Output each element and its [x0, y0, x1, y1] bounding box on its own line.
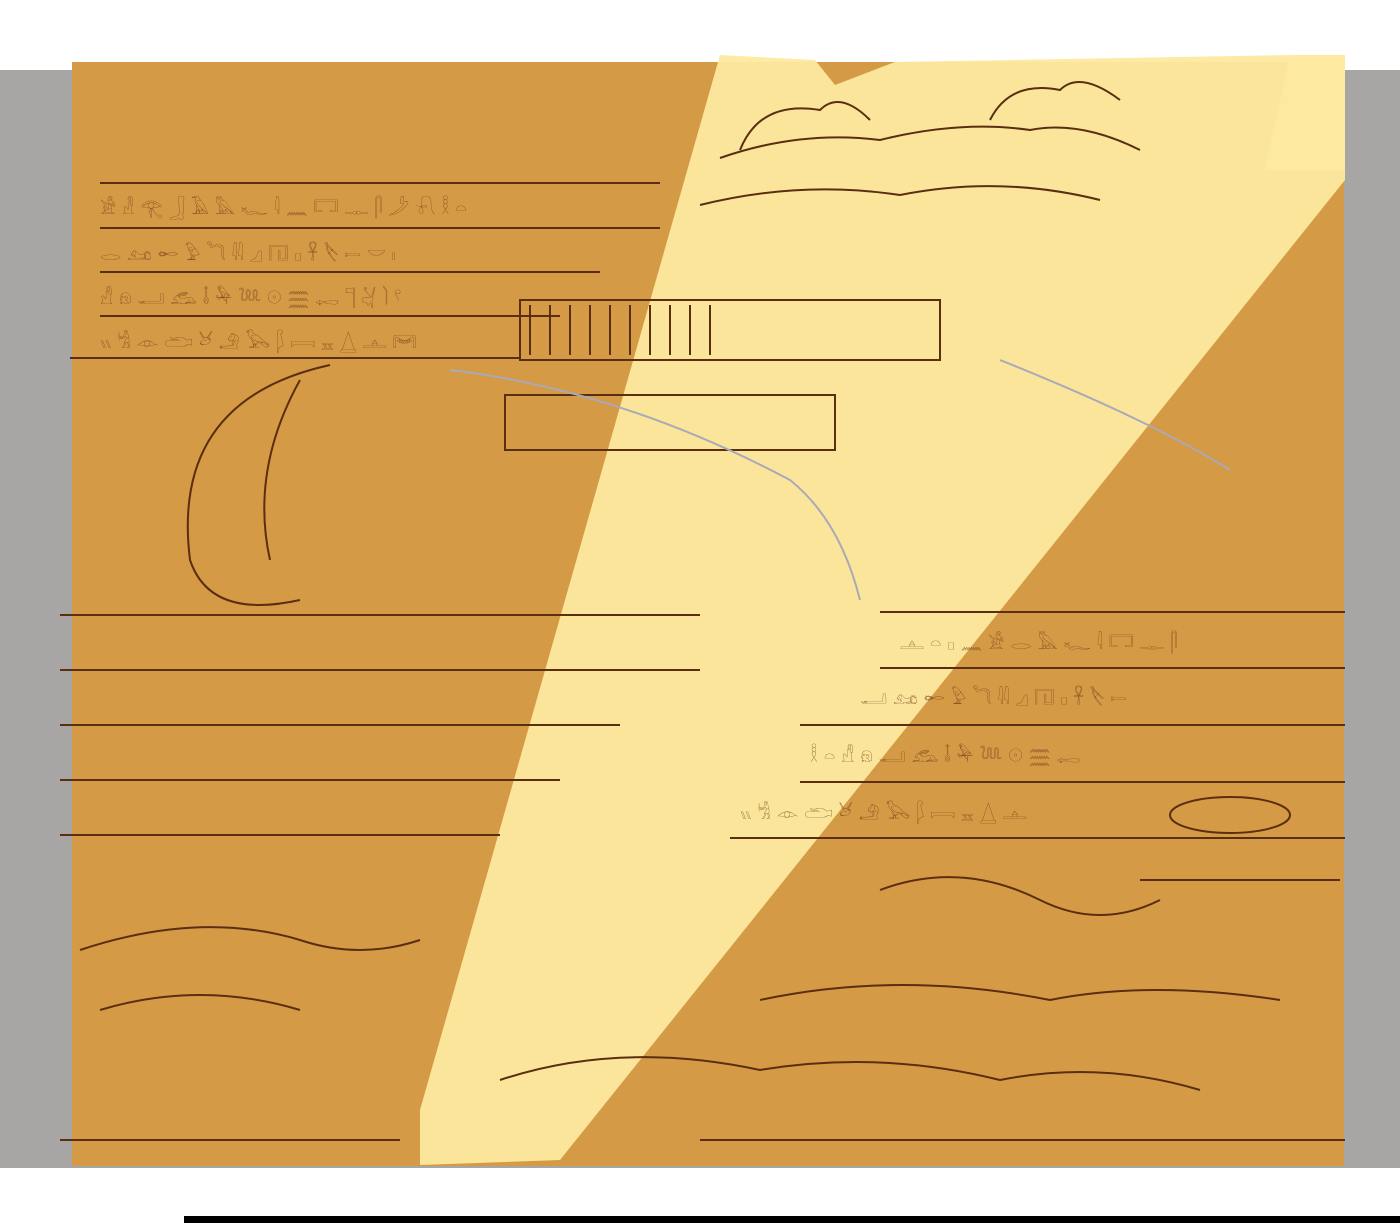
- hieroglyph-row-right-3: 𓎛𓏏𓀭𓁶𓂝𓃹𓄤𓅆𓆙𓇳𓈗𓉻: [810, 738, 1086, 768]
- hieroglyph-row-right-1: 𓊵𓏏𓊪𓈖𓀀𓂋𓅓𓆑𓇋𓉐𓊃𓋴: [900, 625, 1184, 655]
- hieroglyph-row-3: 𓀭𓁶𓂝𓃹𓄤𓅆𓆙𓇳𓈗𓉻𓊹𓋔𓌙𓍢: [100, 280, 407, 310]
- hieroglyph-row-right-4: 𓏭𓀜𓁹𓂧𓃾𓄂𓅂𓆄𓇯𓈇𓉴𓊵: [740, 795, 1033, 825]
- hieroglyph-row-1: 𓀀𓁐𓂀𓃀𓄿𓅓𓆑𓇋𓈖𓉐𓊃𓋴𓌳𓍯𓎛𓏏: [100, 190, 473, 220]
- text-columns-left: [60, 615, 700, 835]
- hieroglyph-row-4: 𓏭𓀜𓁹𓂧𓃾𓄂𓅂𓆄𓇯𓈇𓉴𓊵𓋞: [100, 324, 422, 354]
- bottom-black-bar: [184, 1216, 1400, 1223]
- hieroglyph-row-2: 𓂋𓃭𓄡𓅱𓆓𓇌𓈎𓉔𓊪𓋹𓌸𓍿𓎟𓏤: [100, 236, 402, 266]
- hieroglyph-row-right-2: 𓂝𓃭𓄡𓅱𓆓𓇌𓈎𓉔𓊪𓋹𓌸𓍿: [860, 680, 1133, 710]
- relief-drawing: [0, 0, 1400, 1223]
